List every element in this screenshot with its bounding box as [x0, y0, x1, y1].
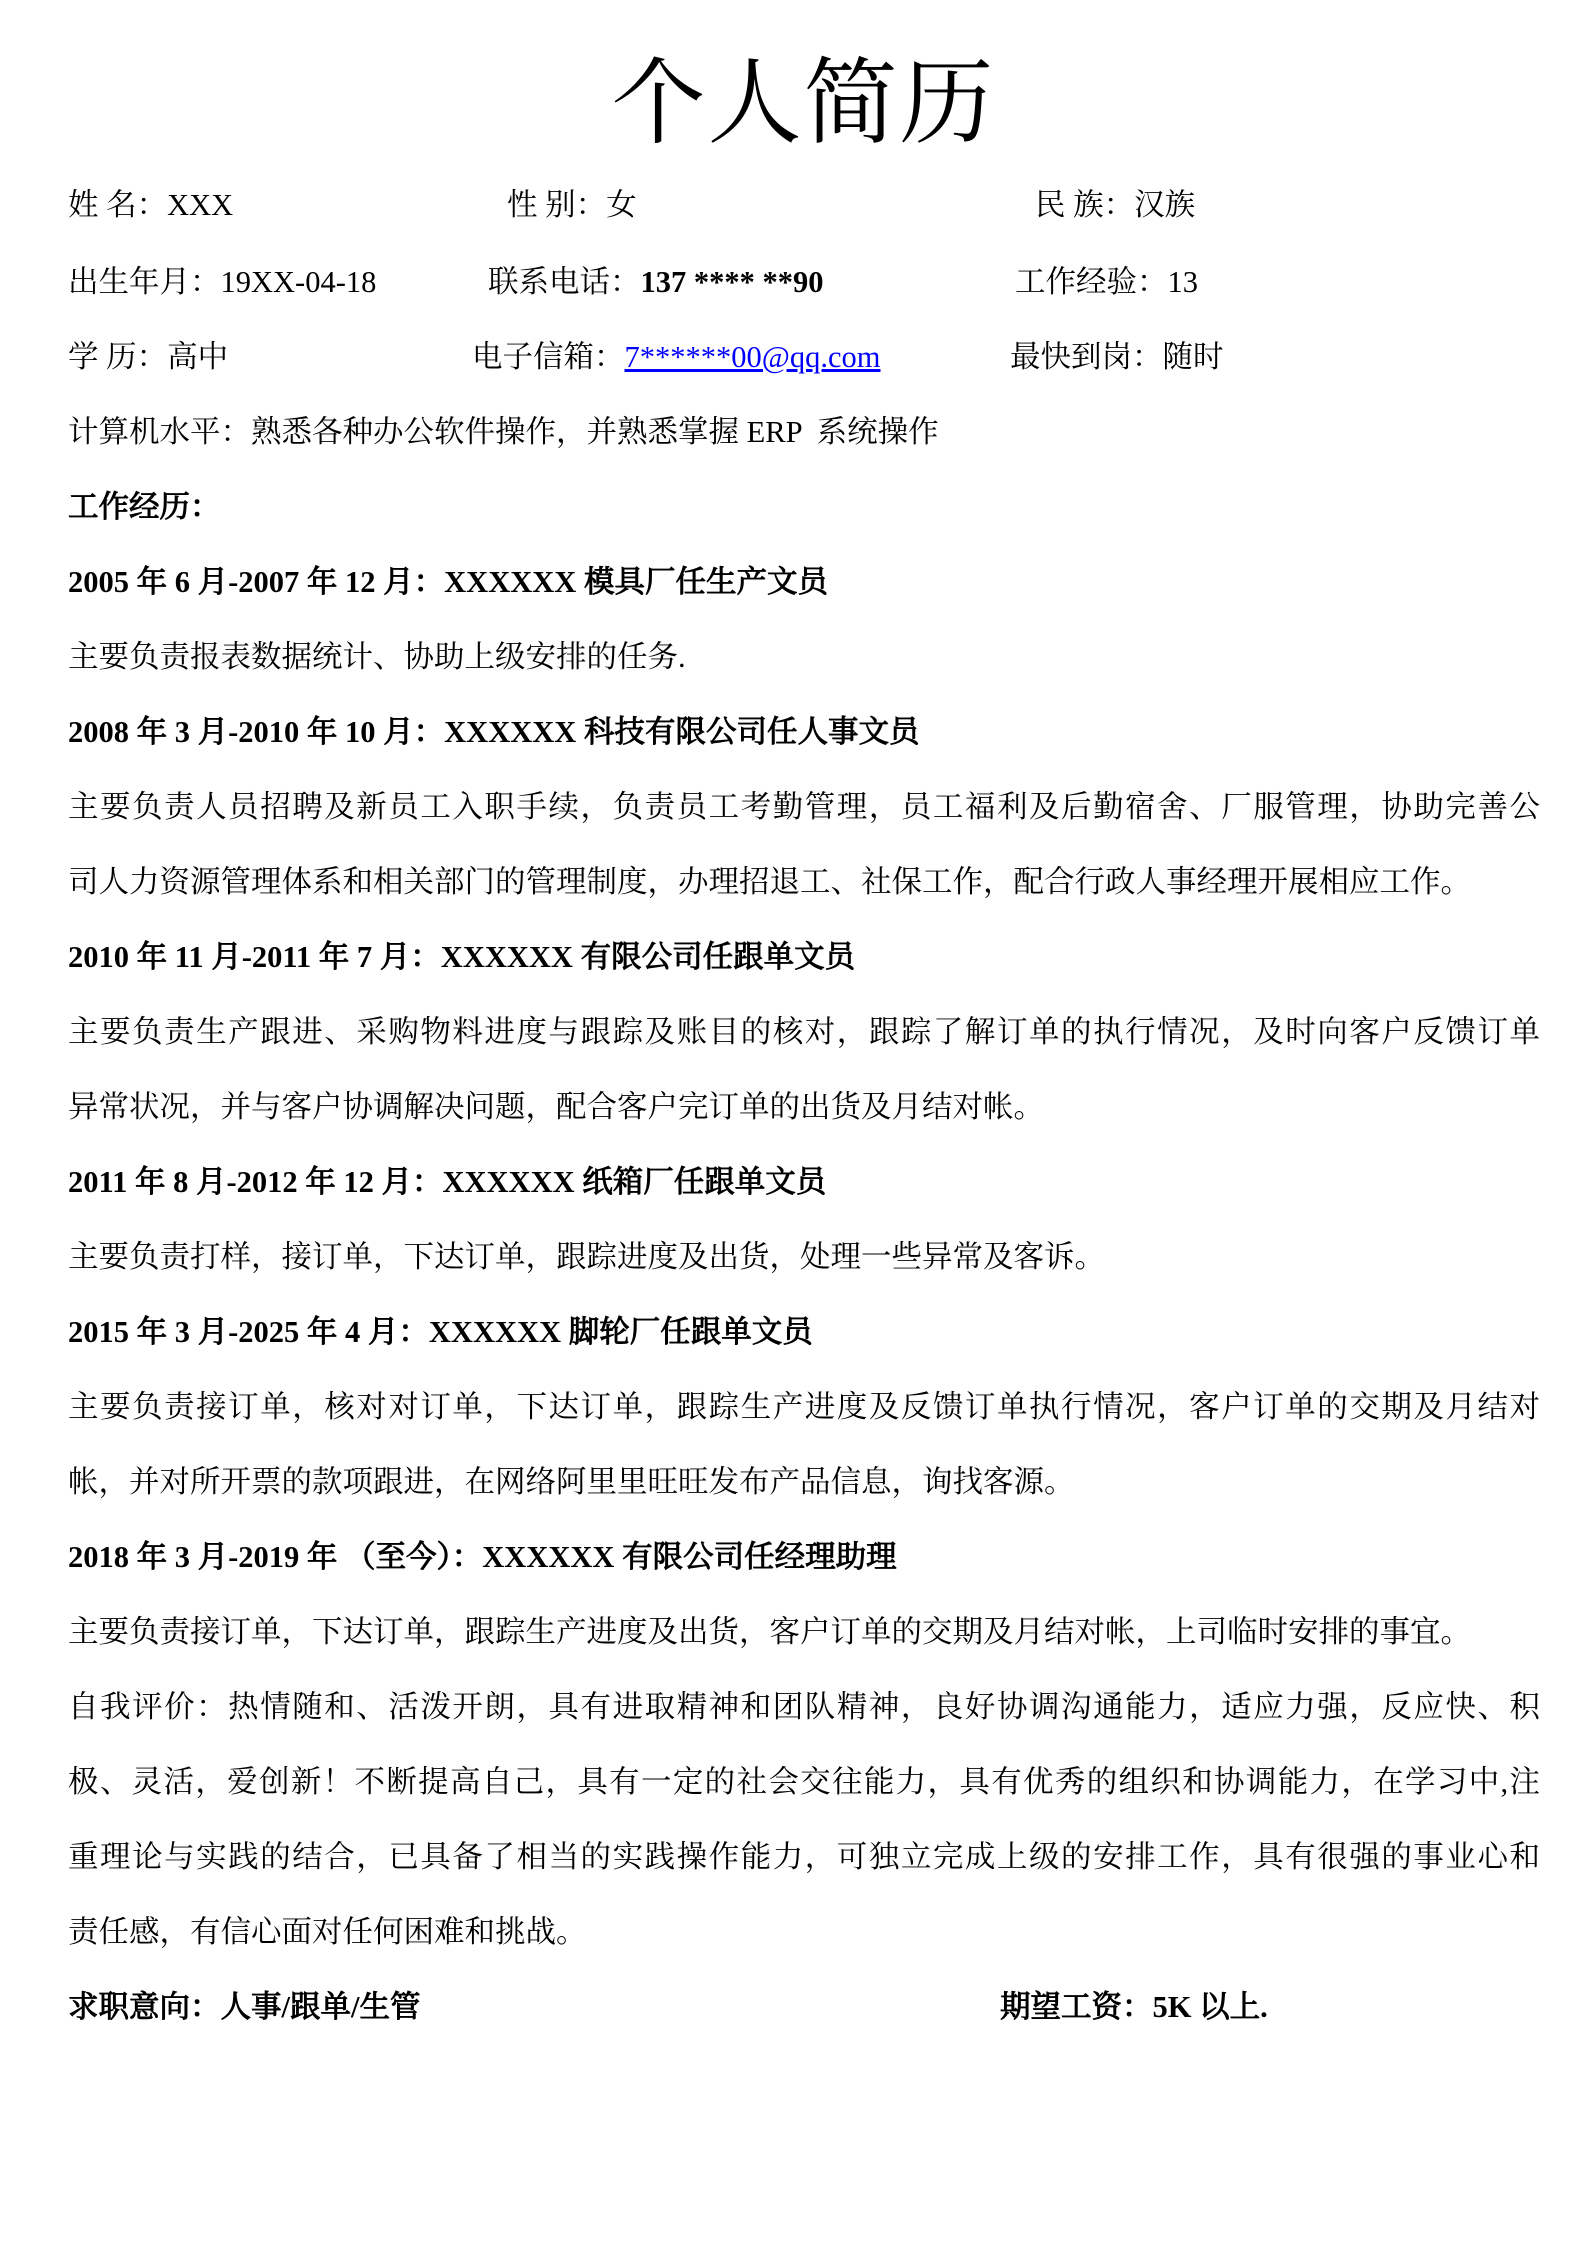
computer-value: 熟悉各种办公软件操作，并熟悉掌握 ERP 系统操作 [251, 415, 939, 449]
job-description: 主要负责人员招聘及新员工入职手续，负责员工考勤管理，员工福利及后勤宿舍、厂服管理… [68, 789, 1540, 825]
job-description: 主要负责打样，接订单，下达订单，跟踪进度及出货，处理一些异常及客诉。 [68, 1239, 1548, 1275]
job-heading: 2018 年 3 月-2019 年 （至今）：XXXXXX 有限公司任经理助理 [68, 1539, 1548, 1575]
self-evaluation-line: 责任感，有信心面对任何困难和挑战。 [68, 1914, 1548, 1950]
job-description: 司人力资源管理体系和相关部门的管理制度，办理招退工、社保工作，配合行政人事经理开… [68, 864, 1548, 900]
email-label: 电子信箱： [472, 340, 625, 374]
experience-label: 工作经验： [1015, 265, 1168, 299]
salary-label: 期望工资： [1000, 1990, 1153, 2024]
birth-label: 出生年月： [68, 265, 221, 299]
expected-salary: 期望工资：5K 以上. [1000, 1989, 1268, 2025]
self-evaluation-line: 极、灵活，爱创新！不断提高自己，具有一定的社会交往能力，具有优秀的组织和协调能力… [68, 1764, 1540, 1800]
email-field: 电子信箱：7******00@qq.com [472, 339, 880, 375]
experience-field: 工作经验：13 [1015, 264, 1198, 300]
gender-value: 女 [606, 188, 637, 222]
job-description: 主要负责接订单，核对对订单，下达订单，跟踪生产进度及反馈订单执行情况，客户订单的… [68, 1389, 1540, 1425]
job-heading: 2010 年 11 月-2011 年 7 月：XXXXXX 有限公司任跟单文员 [68, 939, 1548, 975]
resume-title: 个人简历 [0, 48, 1587, 160]
job-heading: 2011 年 8 月-2012 年 12 月：XXXXXX 纸箱厂任跟单文员 [68, 1164, 1548, 1200]
phone-value: 137 **** **90 [641, 265, 824, 299]
ethnicity-field: 民 族：汉族 [1035, 187, 1195, 223]
salary-value: 5K 以上. [1153, 1990, 1268, 2024]
gender-label: 性 别： [507, 188, 606, 222]
job-description: 主要负责接订单，下达订单，跟踪生产进度及出货，客户订单的交期及月结对帐，上司临时… [68, 1614, 1548, 1650]
birth-value: 19XX-04-18 [221, 265, 377, 299]
job-description: 异常状况，并与客户协调解决问题，配合客户完订单的出货及月结对帐。 [68, 1089, 1548, 1125]
computer-skill-line: 计算机水平：熟悉各种办公软件操作，并熟悉掌握 ERP 系统操作 [68, 414, 1548, 450]
email-link[interactable]: 7******00@qq.com [625, 340, 881, 374]
ethnicity-label: 民 族： [1035, 188, 1134, 222]
birth-field: 出生年月：19XX-04-18 [68, 264, 376, 300]
availability-label: 最快到岗： [1010, 340, 1163, 374]
experience-value: 13 [1168, 265, 1199, 299]
name-label: 姓 名： [68, 188, 167, 222]
job-description: 主要负责生产跟进、采购物料进度与跟踪及账目的核对，跟踪了解订单的执行情况，及时向… [68, 1014, 1540, 1050]
name-field: 姓 名：XXX [68, 187, 233, 223]
phone-label: 联系电话： [488, 265, 641, 299]
education-value: 高中 [167, 340, 228, 374]
ethnicity-value: 汉族 [1134, 188, 1195, 222]
name-value: XXX [167, 188, 233, 222]
job-description: 主要负责报表数据统计、协助上级安排的任务. [68, 639, 1548, 675]
job-intent: 求职意向：人事/跟单/生管 [68, 1989, 420, 2025]
computer-label: 计算机水平： [68, 415, 251, 449]
availability-value: 随时 [1163, 340, 1224, 374]
resume-page: 个人简历 姓 名：XXX 性 别：女 民 族：汉族 出生年月：19XX-04-1… [0, 0, 1587, 2245]
availability-field: 最快到岗：随时 [1010, 339, 1224, 375]
work-history-title: 工作经历： [68, 489, 1548, 525]
self-evaluation-line: 重理论与实践的结合，已具备了相当的实践操作能力，可独立完成上级的安排工作，具有很… [68, 1839, 1540, 1875]
job-description: 帐，并对所开票的款项跟进，在网络阿里里旺旺发布产品信息，询找客源。 [68, 1464, 1548, 1500]
job-heading: 2005 年 6 月-2007 年 12 月：XXXXXX 模具厂任生产文员 [68, 564, 1548, 600]
job-heading: 2008 年 3 月-2010 年 10 月：XXXXXX 科技有限公司任人事文… [68, 714, 1548, 750]
education-field: 学 历：高中 [68, 339, 228, 375]
job-heading: 2015 年 3 月-2025 年 4 月：XXXXXX 脚轮厂任跟单文员 [68, 1314, 1548, 1350]
self-evaluation-line: 自我评价：热情随和、活泼开朗，具有进取精神和团队精神，良好协调沟通能力，适应力强… [68, 1689, 1540, 1725]
phone-field: 联系电话：137 **** **90 [488, 264, 824, 300]
education-label: 学 历： [68, 340, 167, 374]
gender-field: 性 别：女 [507, 187, 637, 223]
